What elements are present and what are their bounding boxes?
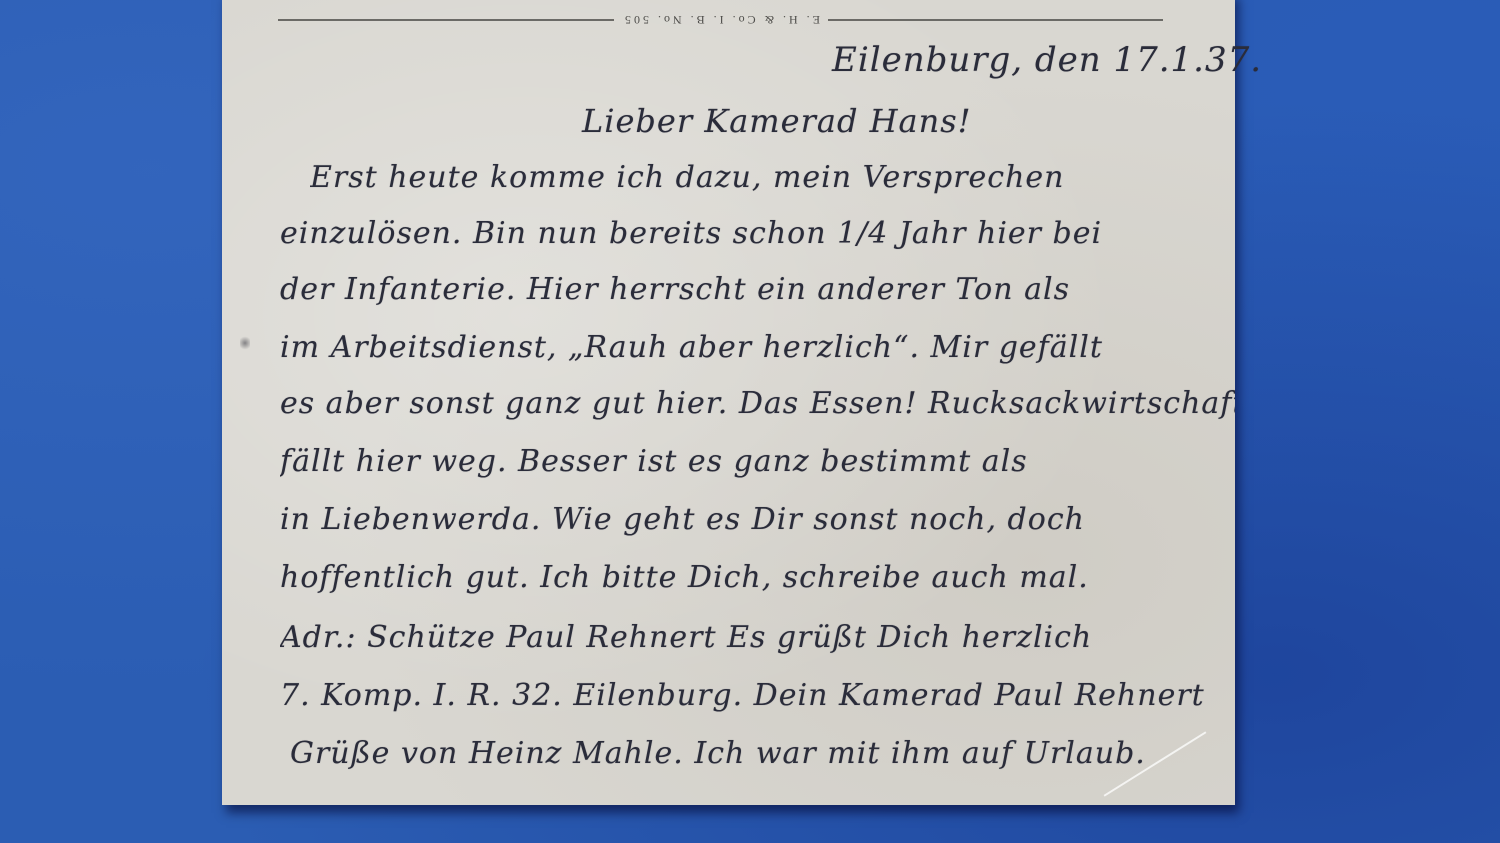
message-line: Grüße von Heinz Mahle. Ich war mit ihm a…: [290, 736, 1245, 771]
message-line: im Arbeitsdienst, „Rauh aber herzlich“. …: [280, 330, 1235, 365]
message-line: der Infanterie. Hier herrscht ein andere…: [280, 272, 1235, 307]
ink-blemish: [240, 335, 250, 351]
printed-header: E. H. & Co. I. B. No. 505: [278, 12, 1163, 27]
message-line: Erst heute komme ich dazu, mein Versprec…: [310, 160, 1235, 195]
postcard: E. H. & Co. I. B. No. 505 Eilenburg, den…: [222, 0, 1235, 805]
header-rule-right: [828, 19, 1164, 21]
date-line: Eilenburg, den 17.1.37.: [832, 40, 1262, 80]
message-line: fällt hier weg. Besser ist es ganz besti…: [280, 444, 1235, 479]
header-rule-left: [278, 19, 614, 21]
message-line: Adr.: Schütze Paul Rehnert Es grüßt Dich…: [280, 620, 1235, 655]
message-line: in Liebenwerda. Wie geht es Dir sonst no…: [280, 502, 1235, 537]
message-line: hoffentlich gut. Ich bitte Dich, schreib…: [280, 560, 1235, 595]
printer-mark: E. H. & Co. I. B. No. 505: [622, 12, 820, 27]
salutation: Lieber Kamerad Hans!: [582, 102, 971, 140]
message-line: 7. Komp. I. R. 32. Eilenburg. Dein Kamer…: [280, 678, 1235, 713]
message-line: es aber sonst ganz gut hier. Das Essen! …: [280, 386, 1235, 421]
message-line: einzulösen. Bin nun bereits schon 1/4 Ja…: [280, 216, 1235, 251]
